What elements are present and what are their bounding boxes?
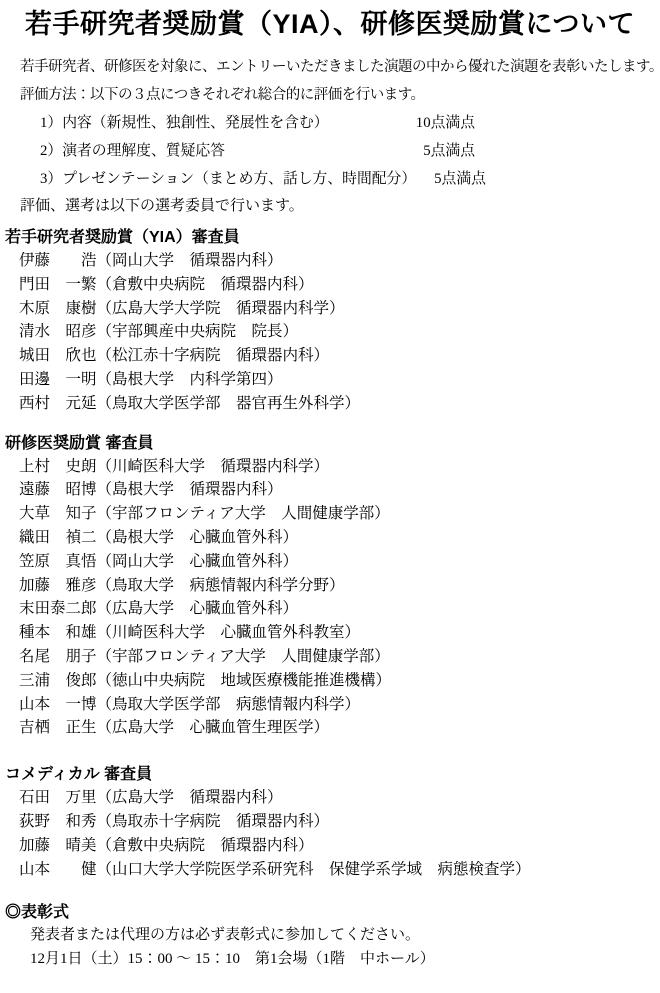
section-heading: 若手研究者奨励賞（YIA）審査員 (5, 227, 660, 249)
page-title: 若手研究者奨励賞（YIA）、研修医奨励賞について (0, 0, 660, 42)
member-row: 織田 禎二（島根大学 心臓血管外科） (19, 526, 660, 550)
judge-section-comedical: コメディカル 審査員石田 万里（広島大学 循環器内科）荻野 和秀（鳥取赤十字病院… (0, 764, 660, 881)
criteria-list: 1）内容（新規性、独創性、発展性を含む） 10点満点 2）演者の理解度、質疑応答… (40, 109, 475, 193)
member-row: 清水 昭彦（宇部興産中央病院 院長） (19, 320, 660, 344)
outro-line: 評価、選考は以下の選考委員で行います。 (20, 193, 660, 220)
member-row: 伊藤 浩（岡山大学 循環器内科） (19, 249, 660, 273)
member-row: 名尾 朋子（宇部フロンティア大学 人間健康学部） (19, 645, 660, 669)
member-row: 加藤 雅彦（鳥取大学 病態情報内科学分野） (19, 574, 660, 598)
criteria-label: 1）内容（新規性、独創性、発展性を含む） (40, 109, 329, 137)
criteria-points: 10点満点 (416, 109, 475, 137)
criteria-label: 2）演者の理解度、質疑応答 (40, 137, 225, 165)
document-page: 若手研究者奨励賞（YIA）、研修医奨励賞について 若手研究者、研修医を対象に、エ… (0, 0, 660, 993)
member-row: 遠藤 昭博（島根大学 循環器内科） (19, 478, 660, 502)
member-row: 山本 一博（鳥取大学医学部 病態情報内科学） (19, 693, 660, 717)
criteria-row: 2）演者の理解度、質疑応答 5点満点 (40, 137, 475, 165)
member-row: 西村 元延（鳥取大学医学部 器官再生外科学） (19, 392, 660, 416)
member-row: 田邊 一明（島根大学 内科学第四） (19, 368, 660, 392)
ceremony-line: 発表者または代理の方は必ず表彰式に参加してください。 (30, 924, 660, 948)
member-row: 上村 史朗（川崎医科大学 循環器内科学） (19, 455, 660, 479)
member-row: 石田 万里（広島大学 循環器内科） (19, 786, 660, 810)
member-row: 大草 知子（宇部フロンティア大学 人間健康学部） (19, 502, 660, 526)
judge-section-resident: 研修医奨励賞 審査員上村 史朗（川崎医科大学 循環器内科学）遠藤 昭博（島根大学… (0, 433, 660, 741)
criteria-label: 3）プレゼンテーション（まとめ方、話し方、時間配分） (40, 165, 416, 193)
ceremony-section: ◎表彰式 発表者または代理の方は必ず表彰式に参加してください。 12月1日（土）… (0, 902, 660, 971)
criteria-points: 5点満点 (423, 137, 475, 165)
member-row: 三浦 俊郎（徳山中央病院 地域医療機能推進機構） (19, 669, 660, 693)
member-row: 城田 欣也（松江赤十字病院 循環器内科） (19, 344, 660, 368)
ceremony-heading: ◎表彰式 (5, 902, 660, 924)
criteria-row: 3）プレゼンテーション（まとめ方、話し方、時間配分） 5点満点 (40, 165, 475, 193)
member-row: 荻野 和秀（鳥取赤十字病院 循環器内科） (19, 810, 660, 834)
judge-sections: 若手研究者奨励賞（YIA）審査員伊藤 浩（岡山大学 循環器内科）門田 一繁（倉敷… (0, 227, 660, 881)
member-row: 種本 和雄（川崎医科大学 心臓血管外科教室） (19, 621, 660, 645)
member-row: 木原 康樹（広島大学大学院 循環器内科学） (19, 297, 660, 321)
ceremony-line: 12月1日（土）15：00 ～ 15：10 第1会場（1階 中ホール） (30, 948, 660, 972)
judge-section-yia: 若手研究者奨励賞（YIA）審査員伊藤 浩（岡山大学 循環器内科）門田 一繁（倉敷… (0, 227, 660, 416)
member-row: 門田 一繁（倉敷中央病院 循環器内科） (19, 273, 660, 297)
member-row: 加藤 晴美（倉敷中央病院 循環器内科） (19, 834, 660, 858)
member-row: 山本 健（山口大学大学院医学系研究科 保健学系学域 病態検査学） (19, 858, 660, 882)
member-row: 末田泰二郎（広島大学 心臓血管外科） (19, 597, 660, 621)
member-row: 吉栖 正生（広島大学 心臓血管生理医学） (19, 716, 660, 740)
intro-paragraph: 若手研究者、研修医を対象に、エントリーいただきました演題の中から優れた演題を表彰… (20, 54, 660, 109)
member-row: 笠原 真悟（岡山大学 心臓血管外科） (19, 550, 660, 574)
criteria-row: 1）内容（新規性、独創性、発展性を含む） 10点満点 (40, 109, 475, 137)
intro-line: 評価方法：以下の３点につきそれぞれ総合的に評価を行います。 (20, 82, 660, 110)
criteria-points: 5点満点 (434, 165, 486, 193)
section-heading: 研修医奨励賞 審査員 (5, 433, 660, 455)
intro-line: 若手研究者、研修医を対象に、エントリーいただきました演題の中から優れた演題を表彰… (20, 54, 660, 82)
section-heading: コメディカル 審査員 (5, 764, 660, 786)
